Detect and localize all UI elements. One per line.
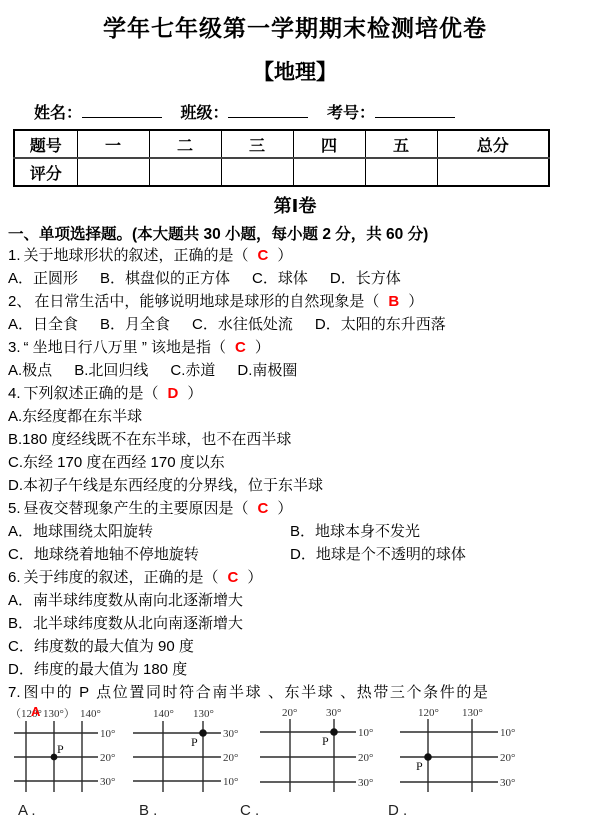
diagram-option-label: A . xyxy=(18,802,122,819)
answer-value: C xyxy=(258,247,269,264)
longitude-label: 140° xyxy=(80,708,101,720)
answer-value: C xyxy=(258,500,269,517)
latitude-label: 20° xyxy=(358,752,373,764)
answer-paren-open: （ xyxy=(211,339,226,356)
question-2: 2、在日常生活中，能够说明地球是球形的自然现象是（B） xyxy=(8,290,582,313)
longitude-label: 20° xyxy=(282,707,297,719)
question-6: 6.关于纬度的叙述，正确的是（C） xyxy=(8,566,582,589)
diagram-d-grid: 120° 130° 10° 20° 30° P xyxy=(400,706,522,798)
option-item: B.180 度经线既不在东半球，也不在西半球 xyxy=(8,428,582,451)
question-2-options: A．日全食 B．月全食 C．水往低处流 D．太阳的东升西落 xyxy=(8,313,582,336)
latitude-label: 10° xyxy=(358,727,373,739)
longitude-label: 130°） xyxy=(43,707,75,720)
answer-value: D xyxy=(168,385,179,402)
score-empty-cell xyxy=(293,158,365,186)
coordinate-diagram-a: （120° A 130°） 140° 10° 20° 30° P A . xyxy=(10,706,122,819)
p-point-label: P xyxy=(191,735,198,749)
longitude-label: 30° xyxy=(326,707,341,719)
option-item: A.极点 xyxy=(8,359,52,382)
option-item: A.东经度都在东半球 xyxy=(8,405,582,428)
answer-paren-close: ） xyxy=(247,569,262,586)
answer-value: C xyxy=(228,569,239,586)
diagram-a-grid: （120° A 130°） 140° 10° 20° 30° P xyxy=(10,706,122,798)
p-point-label: P xyxy=(322,734,329,748)
score-empty-cell xyxy=(365,158,437,186)
class-label: 班级： xyxy=(180,105,228,122)
score-header-cell: 总分 xyxy=(437,130,549,158)
answer-paren-close: ） xyxy=(255,339,270,356)
answer-value: C xyxy=(235,339,246,356)
option-item: C.赤道 xyxy=(170,359,215,382)
exam-no-blank xyxy=(375,103,455,118)
latitude-label: 20° xyxy=(500,752,515,764)
question-5: 5.昼夜交替现象产生的主要原因是（C） xyxy=(8,497,582,520)
option-item: A．南半球纬度数从南向北逐渐增大 xyxy=(8,589,582,612)
question-stem: 图中的 P 点位置同时符合南半球 、东半球 、热带三个条件的是 xyxy=(24,684,490,701)
question-1-options: A．正圆形 B．棋盘似的正方体 C．球体 D．长方体 xyxy=(8,267,582,290)
coordinate-diagram-d: 120° 130° 10° 20° 30° P D . xyxy=(400,706,522,819)
question-1: 1.关于地球形状的叙述，正确的是（C） xyxy=(8,244,582,267)
p-point-dot xyxy=(424,753,432,761)
question-4: 4.下列叙述正确的是（D） xyxy=(8,382,582,405)
latitude-label: 20° xyxy=(100,752,115,764)
option-item: D．地球是个不透明的球体 xyxy=(290,543,582,566)
p-point-label: P xyxy=(416,759,423,773)
answer-paren-close: ） xyxy=(277,500,292,517)
name-label: 姓名： xyxy=(34,105,82,122)
score-header-cell: 四 xyxy=(293,130,365,158)
option-item: B．棋盘似的正方体 xyxy=(100,267,230,290)
latitude-label: 30° xyxy=(358,777,373,789)
option-item: C.东经 170 度在西经 170 度以东 xyxy=(8,451,582,474)
option-item: D.本初子午线是东西经度的分界线，位于东半球 xyxy=(8,474,582,497)
longitude-label: 130° xyxy=(193,708,214,720)
option-item: A．正圆形 xyxy=(8,267,78,290)
answer-paren-open: （ xyxy=(234,500,249,517)
score-header-cell: 三 xyxy=(221,130,293,158)
subject-title: 【地理】 xyxy=(8,56,582,86)
latitude-label: 10° xyxy=(100,728,115,740)
score-table: 题号 一 二 三 四 五 总分 评分 xyxy=(13,129,550,187)
score-header-cell: 二 xyxy=(149,130,221,158)
score-header-cell: 五 xyxy=(365,130,437,158)
name-blank xyxy=(82,103,162,118)
score-table-score-row: 评分 xyxy=(14,158,549,186)
section-heading: 一、单项选择题。(本大题共 30 小题，每小题 2 分，共 60 分) xyxy=(8,222,582,244)
exam-page: 学年七年级第一学期期末检测培优卷 【地理】 姓名： 班级： 考号： 题号 一 二… xyxy=(0,0,590,819)
answer-paren-close: ） xyxy=(187,385,202,402)
score-empty-cell xyxy=(77,158,149,186)
question-4-options: A.东经度都在东半球 B.180 度经线既不在东半球，也不在西半球 C.东经 1… xyxy=(8,405,582,497)
latitude-label: 10° xyxy=(223,776,238,788)
latitude-label: 30° xyxy=(100,776,115,788)
question-6-options: A．南半球纬度数从南向北逐渐增大 B．北半球纬度数从北向南逐渐增大 C．纬度数的… xyxy=(8,589,582,681)
p-point-dot xyxy=(199,729,207,737)
latitude-label: 20° xyxy=(223,752,238,764)
latitude-label: 30° xyxy=(223,728,238,740)
question-7-diagrams: （120° A 130°） 140° 10° 20° 30° P A . 140… xyxy=(8,706,582,819)
diagram-option-label: B . xyxy=(139,802,244,819)
question-3-options: A.极点 B.北回归线 C.赤道 D.南极圈 xyxy=(8,359,582,382)
answer-paren-open: （ xyxy=(144,385,159,402)
answer-paren-open: （ xyxy=(234,247,249,264)
question-number: 7. xyxy=(8,684,21,701)
option-item: D．太阳的东升西落 xyxy=(315,313,446,336)
longitude-label: 120° xyxy=(418,707,439,719)
question-3: 3.“ 坐地日行八万里 ” 该地是指（C） xyxy=(8,336,582,359)
option-item: A．日全食 xyxy=(8,313,78,336)
question-number: 5. xyxy=(8,500,21,517)
diagram-option-label: D . xyxy=(388,802,522,819)
answer-paren-close: ） xyxy=(408,293,423,310)
answer-value: A xyxy=(31,706,41,719)
diagram-c-grid: 20° 30° 10° 20° 30° P xyxy=(254,706,380,798)
latitude-label: 10° xyxy=(500,727,515,739)
question-7: 7.图中的 P 点位置同时符合南半球 、东半球 、热带三个条件的是 xyxy=(8,681,582,704)
class-blank xyxy=(228,103,308,118)
answer-value: B xyxy=(388,293,399,310)
volume-title: 第Ⅰ卷 xyxy=(8,192,582,218)
question-number: 3. xyxy=(8,339,21,356)
option-item: D．纬度的最大值为 180 度 xyxy=(8,658,582,681)
question-stem: 关于纬度的叙述，正确的是 xyxy=(24,569,204,586)
option-item: B.北回归线 xyxy=(74,359,148,382)
exam-title: 学年七年级第一学期期末检测培优卷 xyxy=(8,10,582,43)
score-table-header-row: 题号 一 二 三 四 五 总分 xyxy=(14,130,549,158)
score-empty-cell xyxy=(437,158,549,186)
coordinate-diagram-b: 140° 130° 30° 20° 10° P B . xyxy=(131,706,244,819)
option-item: C．水往低处流 xyxy=(192,313,293,336)
question-stem: 昼夜交替现象产生的主要原因是 xyxy=(24,500,234,517)
question-stem: 在日常生活中，能够说明地球是球形的自然现象是 xyxy=(34,293,364,310)
option-item: D.南极圈 xyxy=(237,359,297,382)
question-number: 6. xyxy=(8,569,21,586)
student-info-line: 姓名： 班级： 考号： xyxy=(34,100,582,123)
option-item: A．地球围绕太阳旋转 xyxy=(8,520,290,543)
option-item: B．地球本身不发光 xyxy=(290,520,582,543)
option-item: B．北半球纬度数从北向南逐渐增大 xyxy=(8,612,582,635)
option-item: B．月全食 xyxy=(100,313,170,336)
diagram-b-grid: 140° 130° 30° 20° 10° P xyxy=(131,706,244,798)
option-item: D．长方体 xyxy=(330,267,401,290)
score-header-cell: 题号 xyxy=(14,130,77,158)
question-stem: 关于地球形状的叙述，正确的是 xyxy=(24,247,234,264)
question-stem: 下列叙述正确的是 xyxy=(24,385,144,402)
question-number: 4. xyxy=(8,385,21,402)
p-point-label: P xyxy=(57,742,64,756)
option-item: C．地球绕着地轴不停地旋转 xyxy=(8,543,290,566)
longitude-label: 140° xyxy=(153,708,174,720)
question-number: 1. xyxy=(8,247,21,264)
question-number: 2、 xyxy=(8,293,31,310)
score-row-label: 评分 xyxy=(14,158,77,186)
score-empty-cell xyxy=(149,158,221,186)
question-stem: “ 坐地日行八万里 ” 该地是指 xyxy=(24,339,212,356)
option-item: C．纬度数的最大值为 90 度 xyxy=(8,635,582,658)
latitude-label: 30° xyxy=(500,777,515,789)
question-5-options: A．地球围绕太阳旋转 B．地球本身不发光 C．地球绕着地轴不停地旋转 D．地球是… xyxy=(8,520,582,566)
option-item: C．球体 xyxy=(252,267,308,290)
exam-no-label: 考号： xyxy=(327,105,375,122)
answer-paren-open: （ xyxy=(204,569,219,586)
diagram-option-label: C . xyxy=(240,802,380,819)
p-point-dot xyxy=(330,728,338,736)
longitude-label: 130° xyxy=(462,707,483,719)
answer-paren-open: （ xyxy=(364,293,379,310)
score-header-cell: 一 xyxy=(77,130,149,158)
score-empty-cell xyxy=(221,158,293,186)
answer-paren-close: ） xyxy=(277,247,292,264)
coordinate-diagram-c: 20° 30° 10° 20° 30° P C . xyxy=(254,706,380,819)
